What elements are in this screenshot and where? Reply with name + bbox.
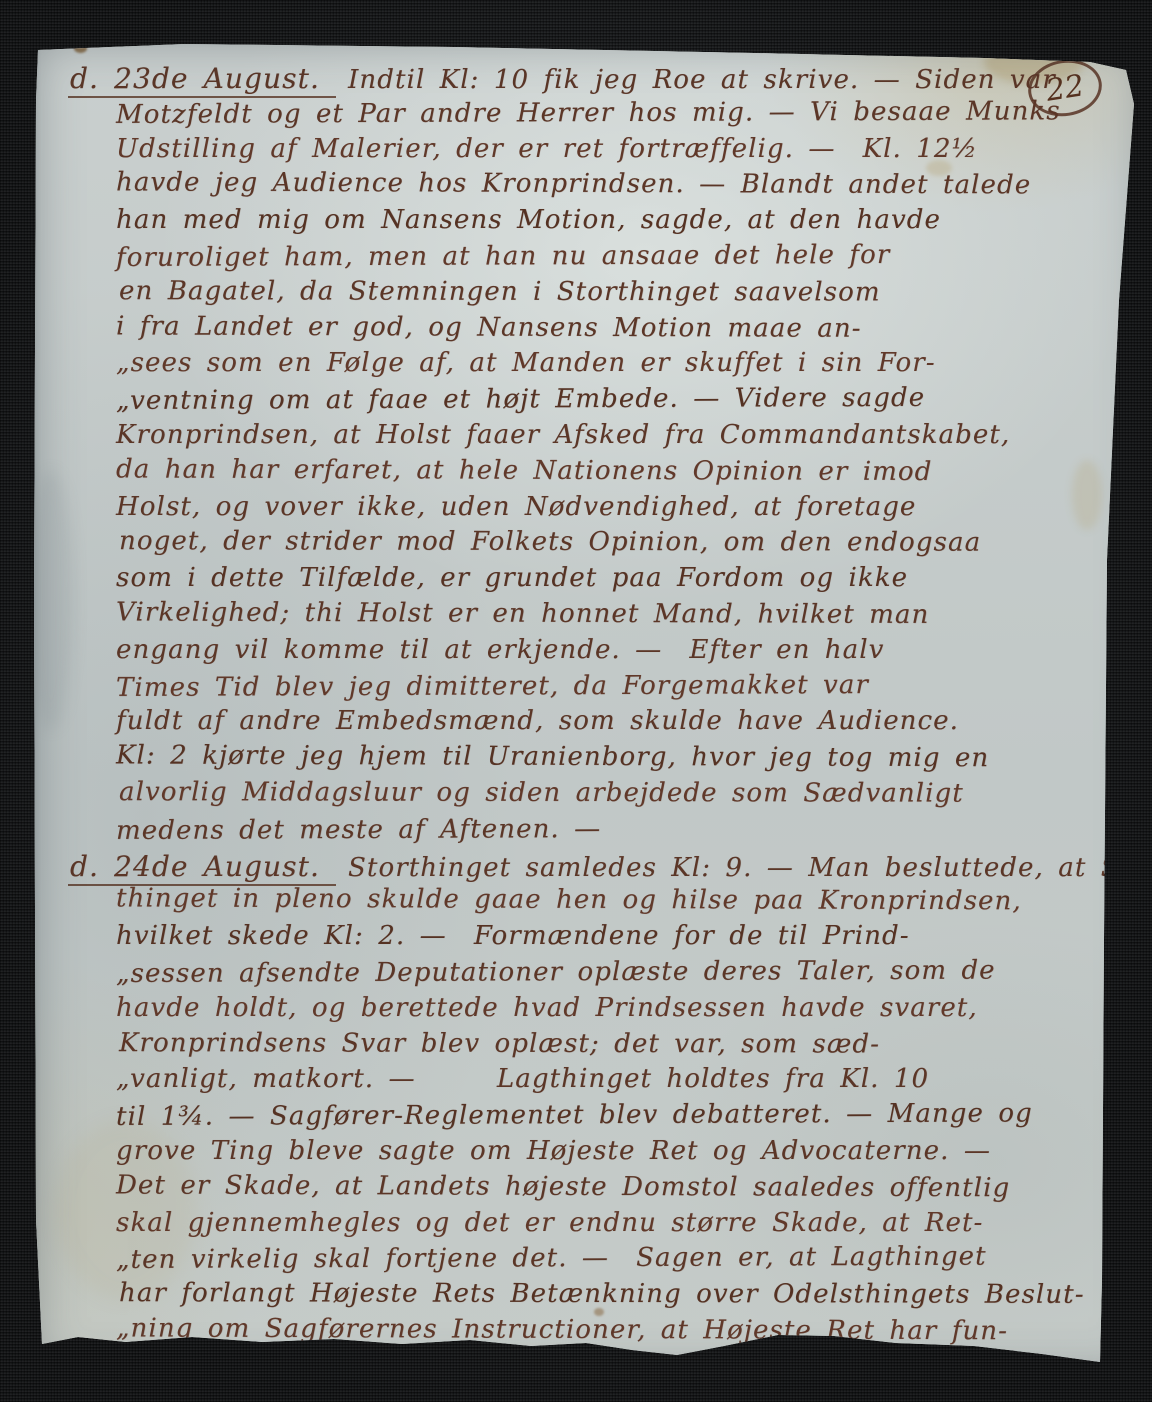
handwriting-line: Det er Skade, at Landets højeste Domstol… xyxy=(116,1170,1116,1209)
handwriting-text: alvorlig Middagsluur og siden arbejdede … xyxy=(119,777,964,808)
handwriting-line: foruroliget ham, men at han nu ansaae de… xyxy=(116,239,1116,279)
handwriting-line: alvorlig Middagsluur og siden arbejdede … xyxy=(119,777,1119,815)
handwriting-text: Storthinget samledes Kl: 9. — Man beslut… xyxy=(348,853,1152,883)
handwriting-line: engang vil komme til at erkjende. — Efte… xyxy=(116,635,1116,671)
handwriting-line: til 1¾. — Sagfører-Reglementet blev deba… xyxy=(116,1098,1116,1138)
handwriting-text: noget, der strider mod Folkets Opinion, … xyxy=(119,526,981,558)
handwriting-text: Motzfeldt og et Par andre Herrer hos mig… xyxy=(116,96,1061,130)
handwriting-text: i fra Landet er god, og Nansens Motion m… xyxy=(116,311,862,343)
date-heading: d. 24de August. xyxy=(68,850,336,886)
handwriting-text: havde jeg Audience hos Kronprindsen. — B… xyxy=(116,168,1031,201)
handwriting-line: havde jeg Audience hos Kronprindsen. — B… xyxy=(116,168,1116,207)
handwriting-line: noget, der strider mod Folkets Opinion, … xyxy=(119,526,1119,564)
handwriting-text: Det er Skade, at Landets højeste Domstol… xyxy=(116,1170,1010,1203)
handwriting-text: Holst, og vover ikke, uden Nødvendighed,… xyxy=(116,492,916,522)
handwriting-text: Virkelighed; thi Holst er en honnet Mand… xyxy=(116,597,929,630)
handwriting-line: havde holdt, og berettede hvad Prindsess… xyxy=(116,993,1116,1029)
handwriting-text: „ten virkelig skal fortjene det. — Sagen… xyxy=(116,1242,987,1275)
handwriting-text: Times Tid blev jeg dimitteret, da Forgem… xyxy=(116,670,869,703)
handwriting-text: har forlangt Højeste Rets Betænkning ove… xyxy=(119,1278,1085,1310)
handwriting-text: Kl: 2 kjørte jeg hjem til Uranienborg, h… xyxy=(116,741,989,774)
handwriting-line-entry-heading: d. 24de August.Storthinget samledes Kl: … xyxy=(68,850,1116,886)
handwriting-line: Kronprindsen, at Holst faaer Afsked fra … xyxy=(116,420,1116,456)
handwriting-line: har forlangt Højeste Rets Betænkning ove… xyxy=(119,1278,1119,1316)
handwriting-text: „ning om Sagførernes Instructioner, at H… xyxy=(116,1313,1008,1346)
handwriting-line: „sees som en Følge af, at Manden er skuf… xyxy=(116,348,1116,384)
ink-stain xyxy=(74,44,87,53)
scan-background: 22 d. 23de August.Indtil Kl: 10 fik jeg … xyxy=(0,0,1152,1402)
handwriting-line: da han har erfaret, at hele Nationens Op… xyxy=(116,454,1116,493)
handwriting-text: en Bagatel, da Stemningen i Storthinget … xyxy=(119,276,881,307)
handwriting-text: Kronprindsens Svar blev oplæst; det var,… xyxy=(119,1028,880,1059)
handwriting-text: grove Ting bleve sagte om Højeste Ret og… xyxy=(116,1136,991,1166)
handwriting-text: „sees som en Følge af, at Manden er skuf… xyxy=(116,348,936,378)
date-heading: d. 23de August. xyxy=(68,62,336,98)
handwriting-text: til 1¾. — Sagfører-Reglementet blev deba… xyxy=(116,1099,1033,1133)
handwriting-line: „sessen afsendte Deputationer oplæste de… xyxy=(116,955,1116,995)
handwriting-text: han med mig om Nansens Motion, sagde, at… xyxy=(116,205,941,235)
handwriting-text: skal gjennemhegles og det er endnu størr… xyxy=(116,1208,983,1238)
handwriting-line: medens det meste af Aftenen. — xyxy=(116,812,1116,852)
manuscript-page: 22 d. 23de August.Indtil Kl: 10 fik jeg … xyxy=(34,40,1146,1375)
handwriting-line: Virkelighed; thi Holst er en honnet Mand… xyxy=(116,597,1116,636)
handwriting-line: hvilket skede Kl: 2. — Formændene for de… xyxy=(116,921,1116,957)
handwriting-text: „vanligt, matkort. — Lagthinget holdtes … xyxy=(116,1064,929,1094)
handwriting-line: en Bagatel, da Stemningen i Storthinget … xyxy=(119,276,1119,314)
handwriting-line: som i dette Tilfælde, er grundet paa For… xyxy=(116,563,1116,599)
handwriting-line: Kronprindsens Svar blev oplæst; det var,… xyxy=(119,1028,1119,1066)
handwriting-text: Udstilling af Malerier, der er ret fortr… xyxy=(116,134,978,164)
handwriting-line: grove Ting bleve sagte om Højeste Ret og… xyxy=(116,1136,1116,1172)
handwriting-text: da han har erfaret, at hele Nationens Op… xyxy=(116,454,933,487)
handwriting-line: Holst, og vover ikke, uden Nødvendighed,… xyxy=(116,492,1116,528)
handwriting-line: i fra Landet er god, og Nansens Motion m… xyxy=(116,311,1116,350)
handwriting-line: Motzfeldt og et Par andre Herrer hos mig… xyxy=(116,96,1116,136)
handwriting-text: „ventning om at faae et højt Embede. — V… xyxy=(116,383,925,416)
handwriting-text: som i dette Tilfælde, er grundet paa For… xyxy=(116,563,908,593)
handwriting-text: medens det meste af Aftenen. — xyxy=(116,814,601,846)
handwriting-text: havde holdt, og berettede hvad Prindsess… xyxy=(116,993,978,1023)
handwriting-line: Times Tid blev jeg dimitteret, da Forgem… xyxy=(116,669,1116,709)
handwriting-text: Kronprindsen, at Holst faaer Afsked fra … xyxy=(116,420,1010,450)
handwriting-block: d. 23de August.Indtil Kl: 10 fik jeg Roe… xyxy=(54,62,1116,1351)
handwriting-text: fuldt af andre Embedsmænd, som skulde ha… xyxy=(116,706,959,736)
handwriting-text: Indtil Kl: 10 fik jeg Roe at skrive. — S… xyxy=(348,65,1056,95)
handwriting-line: Udstilling af Malerier, der er ret fortr… xyxy=(116,134,1116,170)
handwriting-text: engang vil komme til at erkjende. — Efte… xyxy=(116,635,884,665)
handwriting-text: hvilket skede Kl: 2. — Formændene for de… xyxy=(116,921,910,951)
handwriting-line: fuldt af andre Embedsmænd, som skulde ha… xyxy=(116,706,1116,742)
handwriting-text: „sessen afsendte Deputationer oplæste de… xyxy=(116,955,996,988)
handwriting-line-entry-heading: d. 23de August.Indtil Kl: 10 fik jeg Roe… xyxy=(68,62,1116,98)
handwriting-line: thinget in pleno skulde gaae hen og hils… xyxy=(116,884,1116,923)
handwriting-line: „ning om Sagførernes Instructioner, at H… xyxy=(116,1313,1116,1352)
handwriting-line: Kl: 2 kjørte jeg hjem til Uranienborg, h… xyxy=(116,741,1116,780)
handwriting-text: foruroliget ham, men at han nu ansaae de… xyxy=(116,240,891,273)
handwriting-line: „vanligt, matkort. — Lagthinget holdtes … xyxy=(116,1064,1116,1100)
handwriting-line: han med mig om Nansens Motion, sagde, at… xyxy=(116,205,1116,241)
handwriting-text: thinget in pleno skulde gaae hen og hils… xyxy=(116,884,1022,917)
handwriting-line: „ten virkelig skal fortjene det. — Sagen… xyxy=(116,1241,1116,1281)
handwriting-line: „ventning om at faae et højt Embede. — V… xyxy=(116,382,1116,422)
handwriting-line: skal gjennemhegles og det er endnu størr… xyxy=(116,1208,1116,1244)
